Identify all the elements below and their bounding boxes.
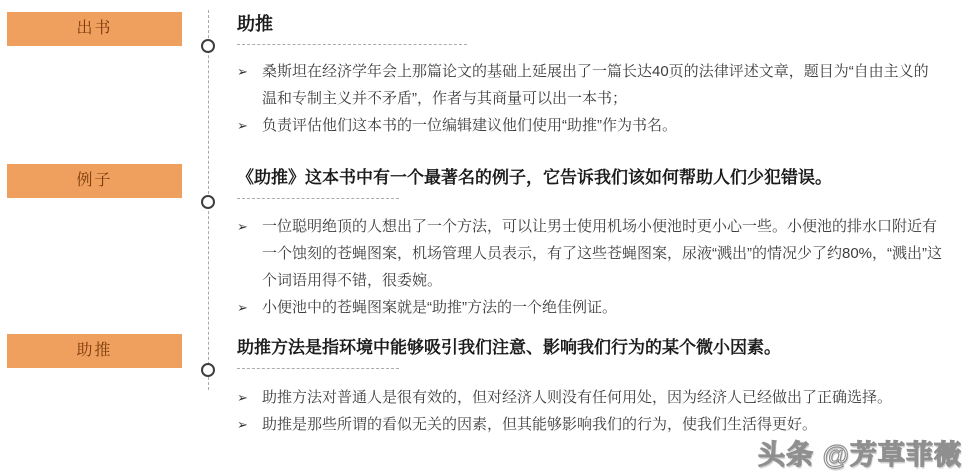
bullet-list: ➢ 一位聪明绝顶的人想出了一个方法，可以让男士使用机场小便池时更小心一些。小便池…: [237, 213, 943, 321]
arrow-bullet-icon: ➢: [237, 213, 262, 240]
bullet-item: ➢ 助推方法对普通人是很有效的，但对经济人则没有任何用处，因为经济人已经做出了正…: [237, 384, 943, 411]
section-chushu: 助推 ➢ 桑斯坦在经济学年会上那篇论文的基础上延展出了一篇长达40页的法律评述文…: [237, 12, 943, 139]
bullet-text: 助推方法对普通人是很有效的，但对经济人则没有任何用处，因为经济人已经做出了正确选…: [262, 384, 943, 411]
bullet-text: 负责评估他们这本书的一位编辑建议他们使用“助推”作为书名。: [262, 112, 943, 139]
arrow-bullet-icon: ➢: [237, 112, 262, 139]
bullet-item: ➢ 一位聪明绝顶的人想出了一个方法，可以让男士使用机场小便池时更小心一些。小便池…: [237, 213, 943, 294]
slide-canvas: 出书 例子 助推 助推 ➢ 桑斯坦在经济学年会上那篇论文的基础上延展出了一篇长达…: [0, 0, 970, 474]
timeline-label-chushu: 出书: [7, 12, 182, 46]
bullet-item: ➢ 小便池中的苍蝇图案就是“助推”方法的一个绝佳例证。: [237, 294, 943, 321]
bullet-text: 小便池中的苍蝇图案就是“助推”方法的一个绝佳例证。: [262, 294, 943, 321]
arrow-bullet-icon: ➢: [237, 411, 262, 438]
arrow-bullet-icon: ➢: [237, 58, 262, 85]
arrow-bullet-icon: ➢: [237, 294, 262, 321]
timeline-node-circle-1: [201, 39, 215, 53]
timeline-node-circle-2: [201, 195, 215, 209]
heading-underline: [237, 368, 399, 369]
section-lizi: 《助推》这本书中有一个最著名的例子，它告诉我们该如何帮助人们少犯错误。 ➢ 一位…: [237, 166, 943, 321]
timeline-node-circle-3: [201, 363, 215, 377]
section-zhutui: 助推方法是指环境中能够吸引我们注意、影响我们行为的某个微小因素。 ➢ 助推方法对…: [237, 336, 943, 438]
bullet-text: 一位聪明绝顶的人想出了一个方法，可以让男士使用机场小便池时更小心一些。小便池的排…: [262, 213, 943, 294]
heading-underline: [237, 198, 399, 199]
heading-underline: [237, 44, 467, 45]
section-heading: 助推: [237, 12, 943, 36]
timeline-label-lizi: 例子: [7, 164, 182, 198]
bullet-item: ➢ 桑斯坦在经济学年会上那篇论文的基础上延展出了一篇长达40页的法律评述文章，题…: [237, 58, 943, 112]
bullet-text: 桑斯坦在经济学年会上那篇论文的基础上延展出了一篇长达40页的法律评述文章，题目为…: [262, 58, 943, 112]
toutiao-watermark: 头条 @芳草菲薇: [758, 433, 962, 472]
arrow-bullet-icon: ➢: [237, 384, 262, 411]
bullet-list: ➢ 助推方法对普通人是很有效的，但对经济人则没有任何用处，因为经济人已经做出了正…: [237, 384, 943, 438]
bullet-item: ➢ 负责评估他们这本书的一位编辑建议他们使用“助推”作为书名。: [237, 112, 943, 139]
timeline-label-zhutui: 助推: [7, 334, 182, 368]
bullet-list: ➢ 桑斯坦在经济学年会上那篇论文的基础上延展出了一篇长达40页的法律评述文章，题…: [237, 58, 943, 139]
section-heading: 《助推》这本书中有一个最著名的例子，它告诉我们该如何帮助人们少犯错误。: [237, 166, 943, 190]
section-heading: 助推方法是指环境中能够吸引我们注意、影响我们行为的某个微小因素。: [237, 336, 943, 360]
